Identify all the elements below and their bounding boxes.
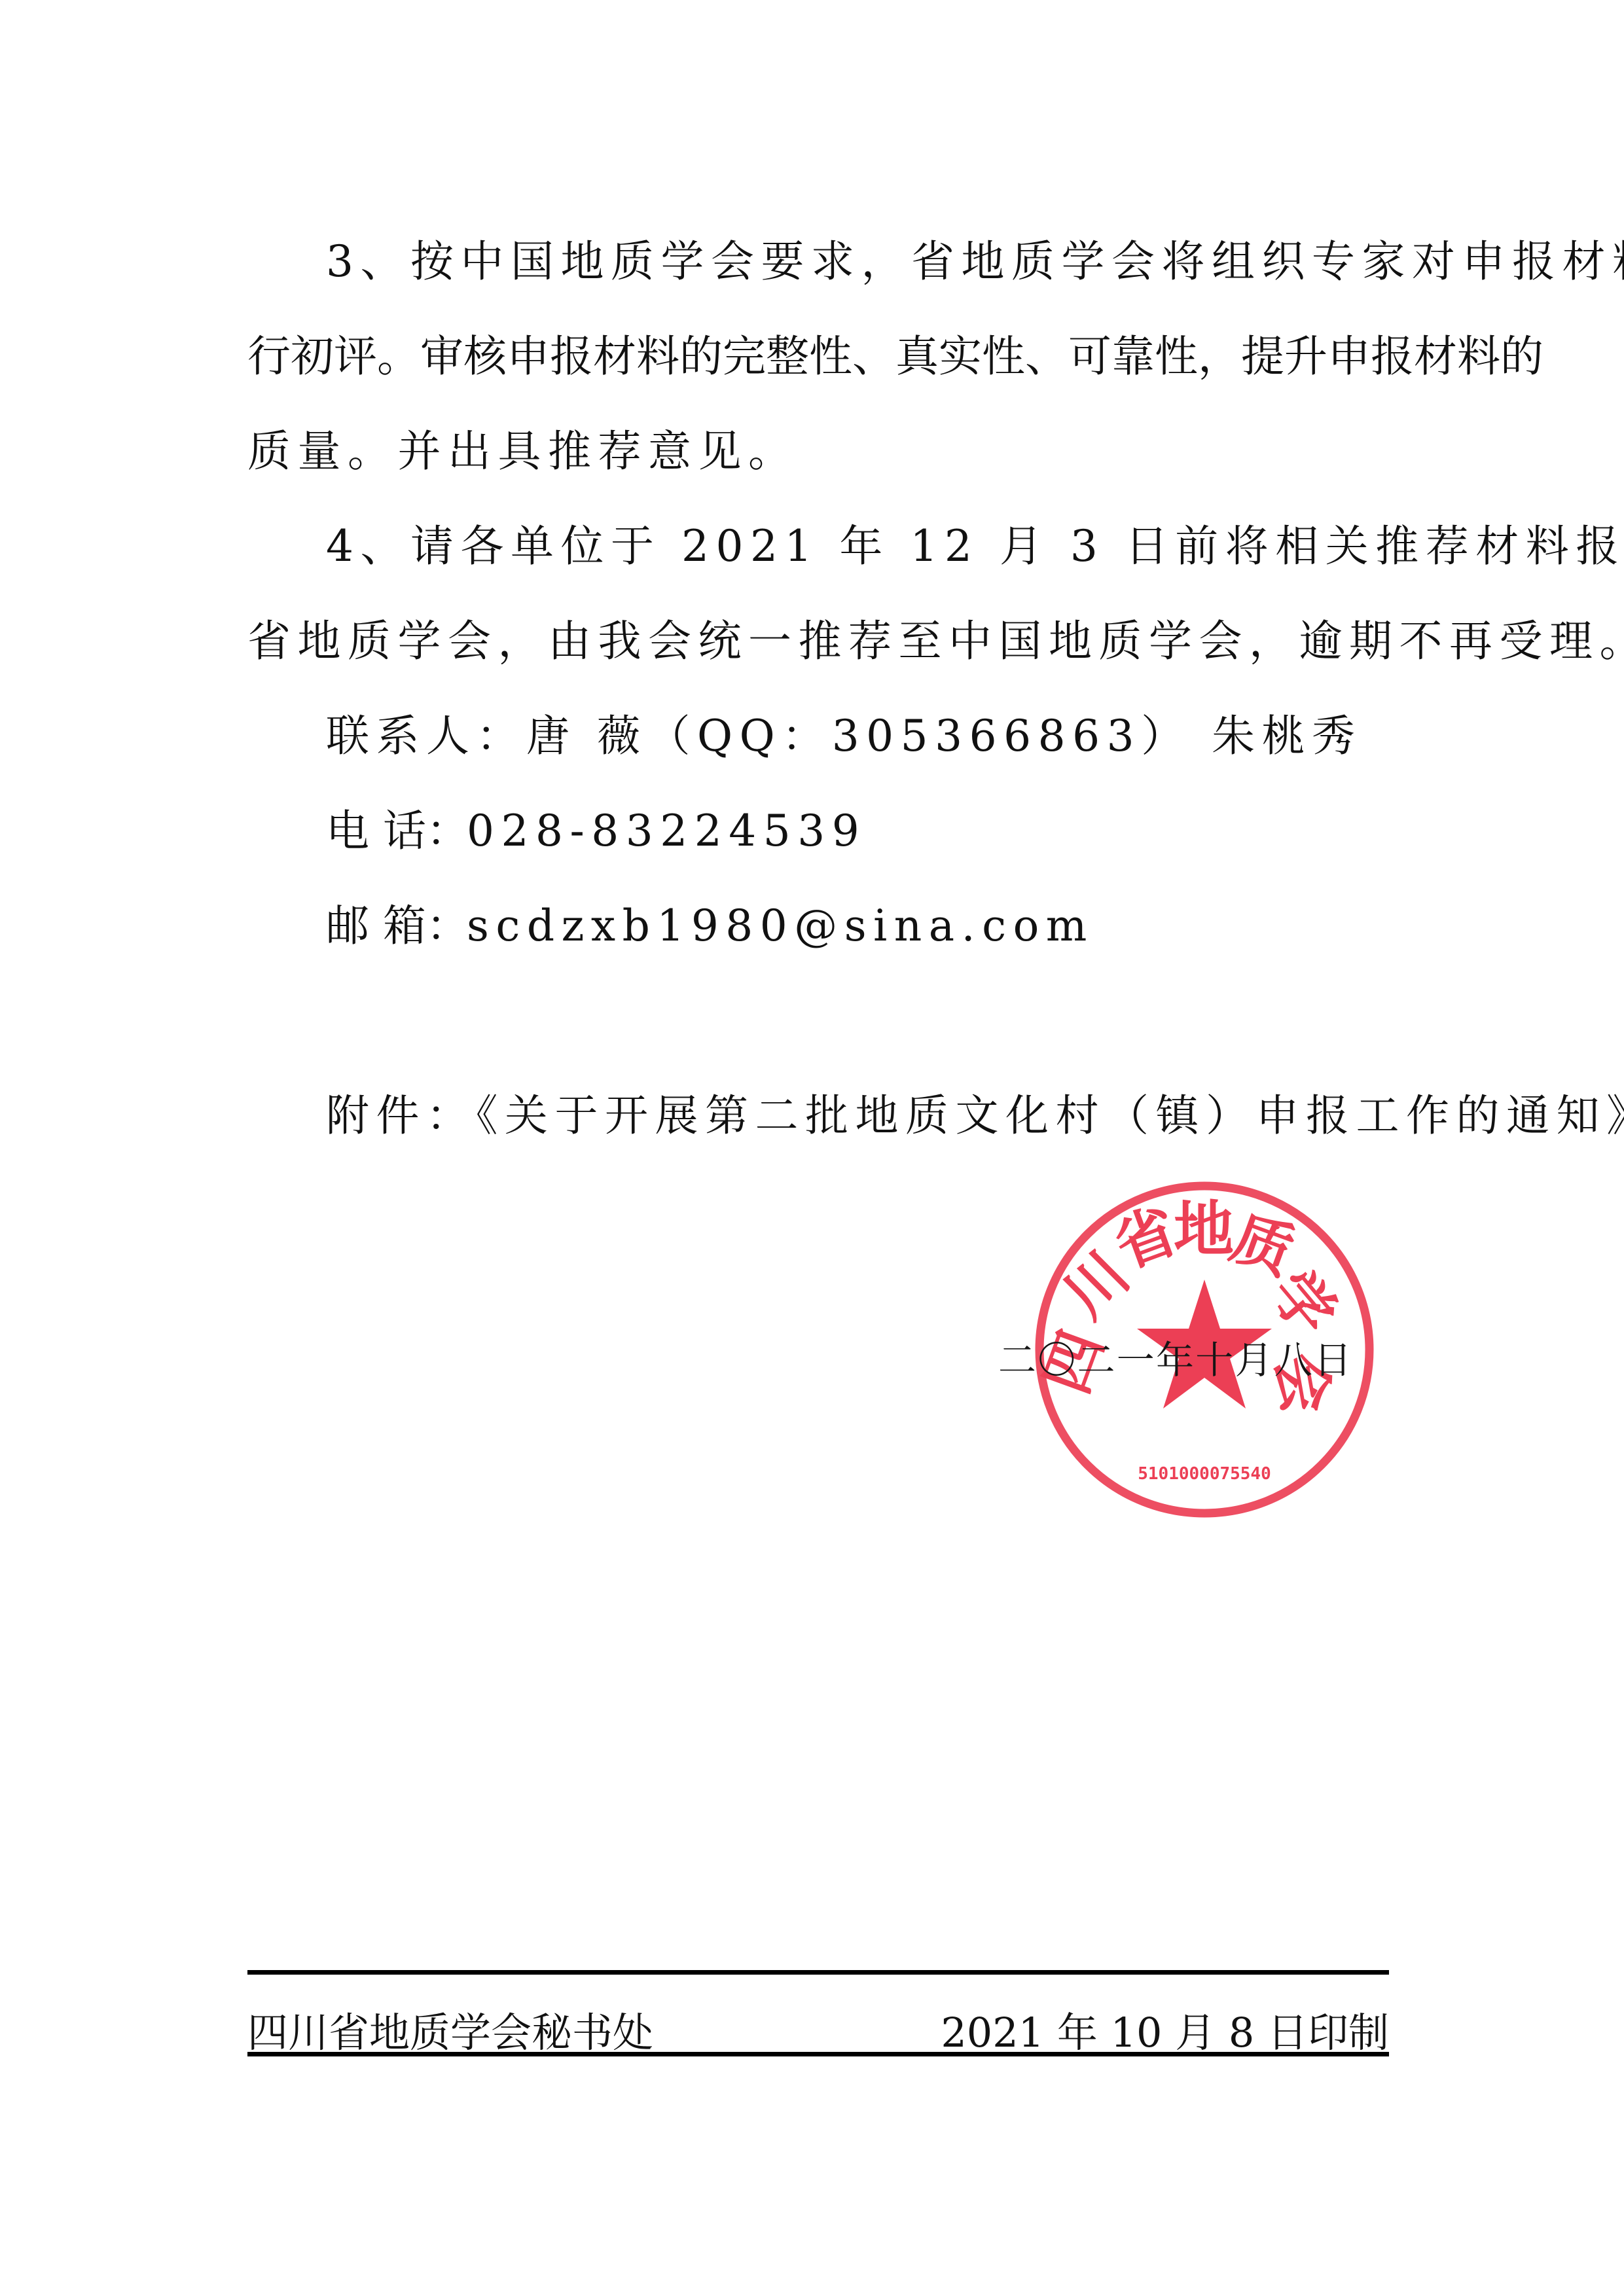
attachment-title: 《关于开展第二批地质文化村（镇）申报工作的通知》 <box>477 1090 1624 1141</box>
attachment-label: 附件： <box>326 1090 477 1141</box>
contact-email-value[interactable]: scdzxb1980@sina.com <box>467 901 1094 951</box>
contact-phone: 电 话：028-83224539 <box>326 805 1375 857</box>
paragraph-3-line-1: 3、按中国地质学会要求，省地质学会将组织专家对申报材料进 <box>326 236 1375 288</box>
signature-date: 二〇二一年十月八日 <box>998 1337 1352 1383</box>
contact-email-label: 邮 箱： <box>326 900 467 952</box>
contact-phone-value: 028-83224539 <box>467 806 866 856</box>
paragraph-3-line-3: 质量。并出具推荐意见。 <box>247 425 1375 478</box>
footer-bottom-rule <box>247 2052 1389 2056</box>
contact-person: 联系人：唐 薇（QQ：305366863） 朱桃秀 <box>326 710 1375 762</box>
attachment-line: 附件：《关于开展第二批地质文化村（镇）申报工作的通知》 <box>326 1090 1375 1142</box>
footer-top-rule <box>247 1970 1389 1975</box>
footer-issuer: 四川省地质学会秘书处 <box>247 2008 653 2058</box>
paragraph-4-line-2: 省地质学会，由我会统一推荐至中国地质学会，逾期不再受理。 <box>247 615 1375 668</box>
contact-person-label: 联系人： <box>326 711 526 761</box>
document-page: 3、按中国地质学会要求，省地质学会将组织专家对申报材料进 行初评。审核申报材料的… <box>0 0 1624 2296</box>
paragraph-3-line-2: 行初评。审核申报材料的完整性、真实性、可靠性，提升申报材料的 <box>247 331 1375 383</box>
contact-phone-label: 电 话： <box>326 805 467 857</box>
contact-person-value: 唐 薇（QQ：305366863） 朱桃秀 <box>526 711 1362 761</box>
paragraph-4-line-1: 4、请各单位于 2021 年 12 月 3 日前将相关推荐材料报送至四川 <box>326 520 1375 573</box>
stamp-code: 5101000075540 <box>1138 1464 1271 1484</box>
svg-text:地: 地 <box>1174 1194 1234 1265</box>
contact-email: 邮 箱：scdzxb1980@sina.com <box>326 900 1375 952</box>
footer-print-date: 2021 年 10 月 8 日印制 <box>941 2008 1389 2058</box>
